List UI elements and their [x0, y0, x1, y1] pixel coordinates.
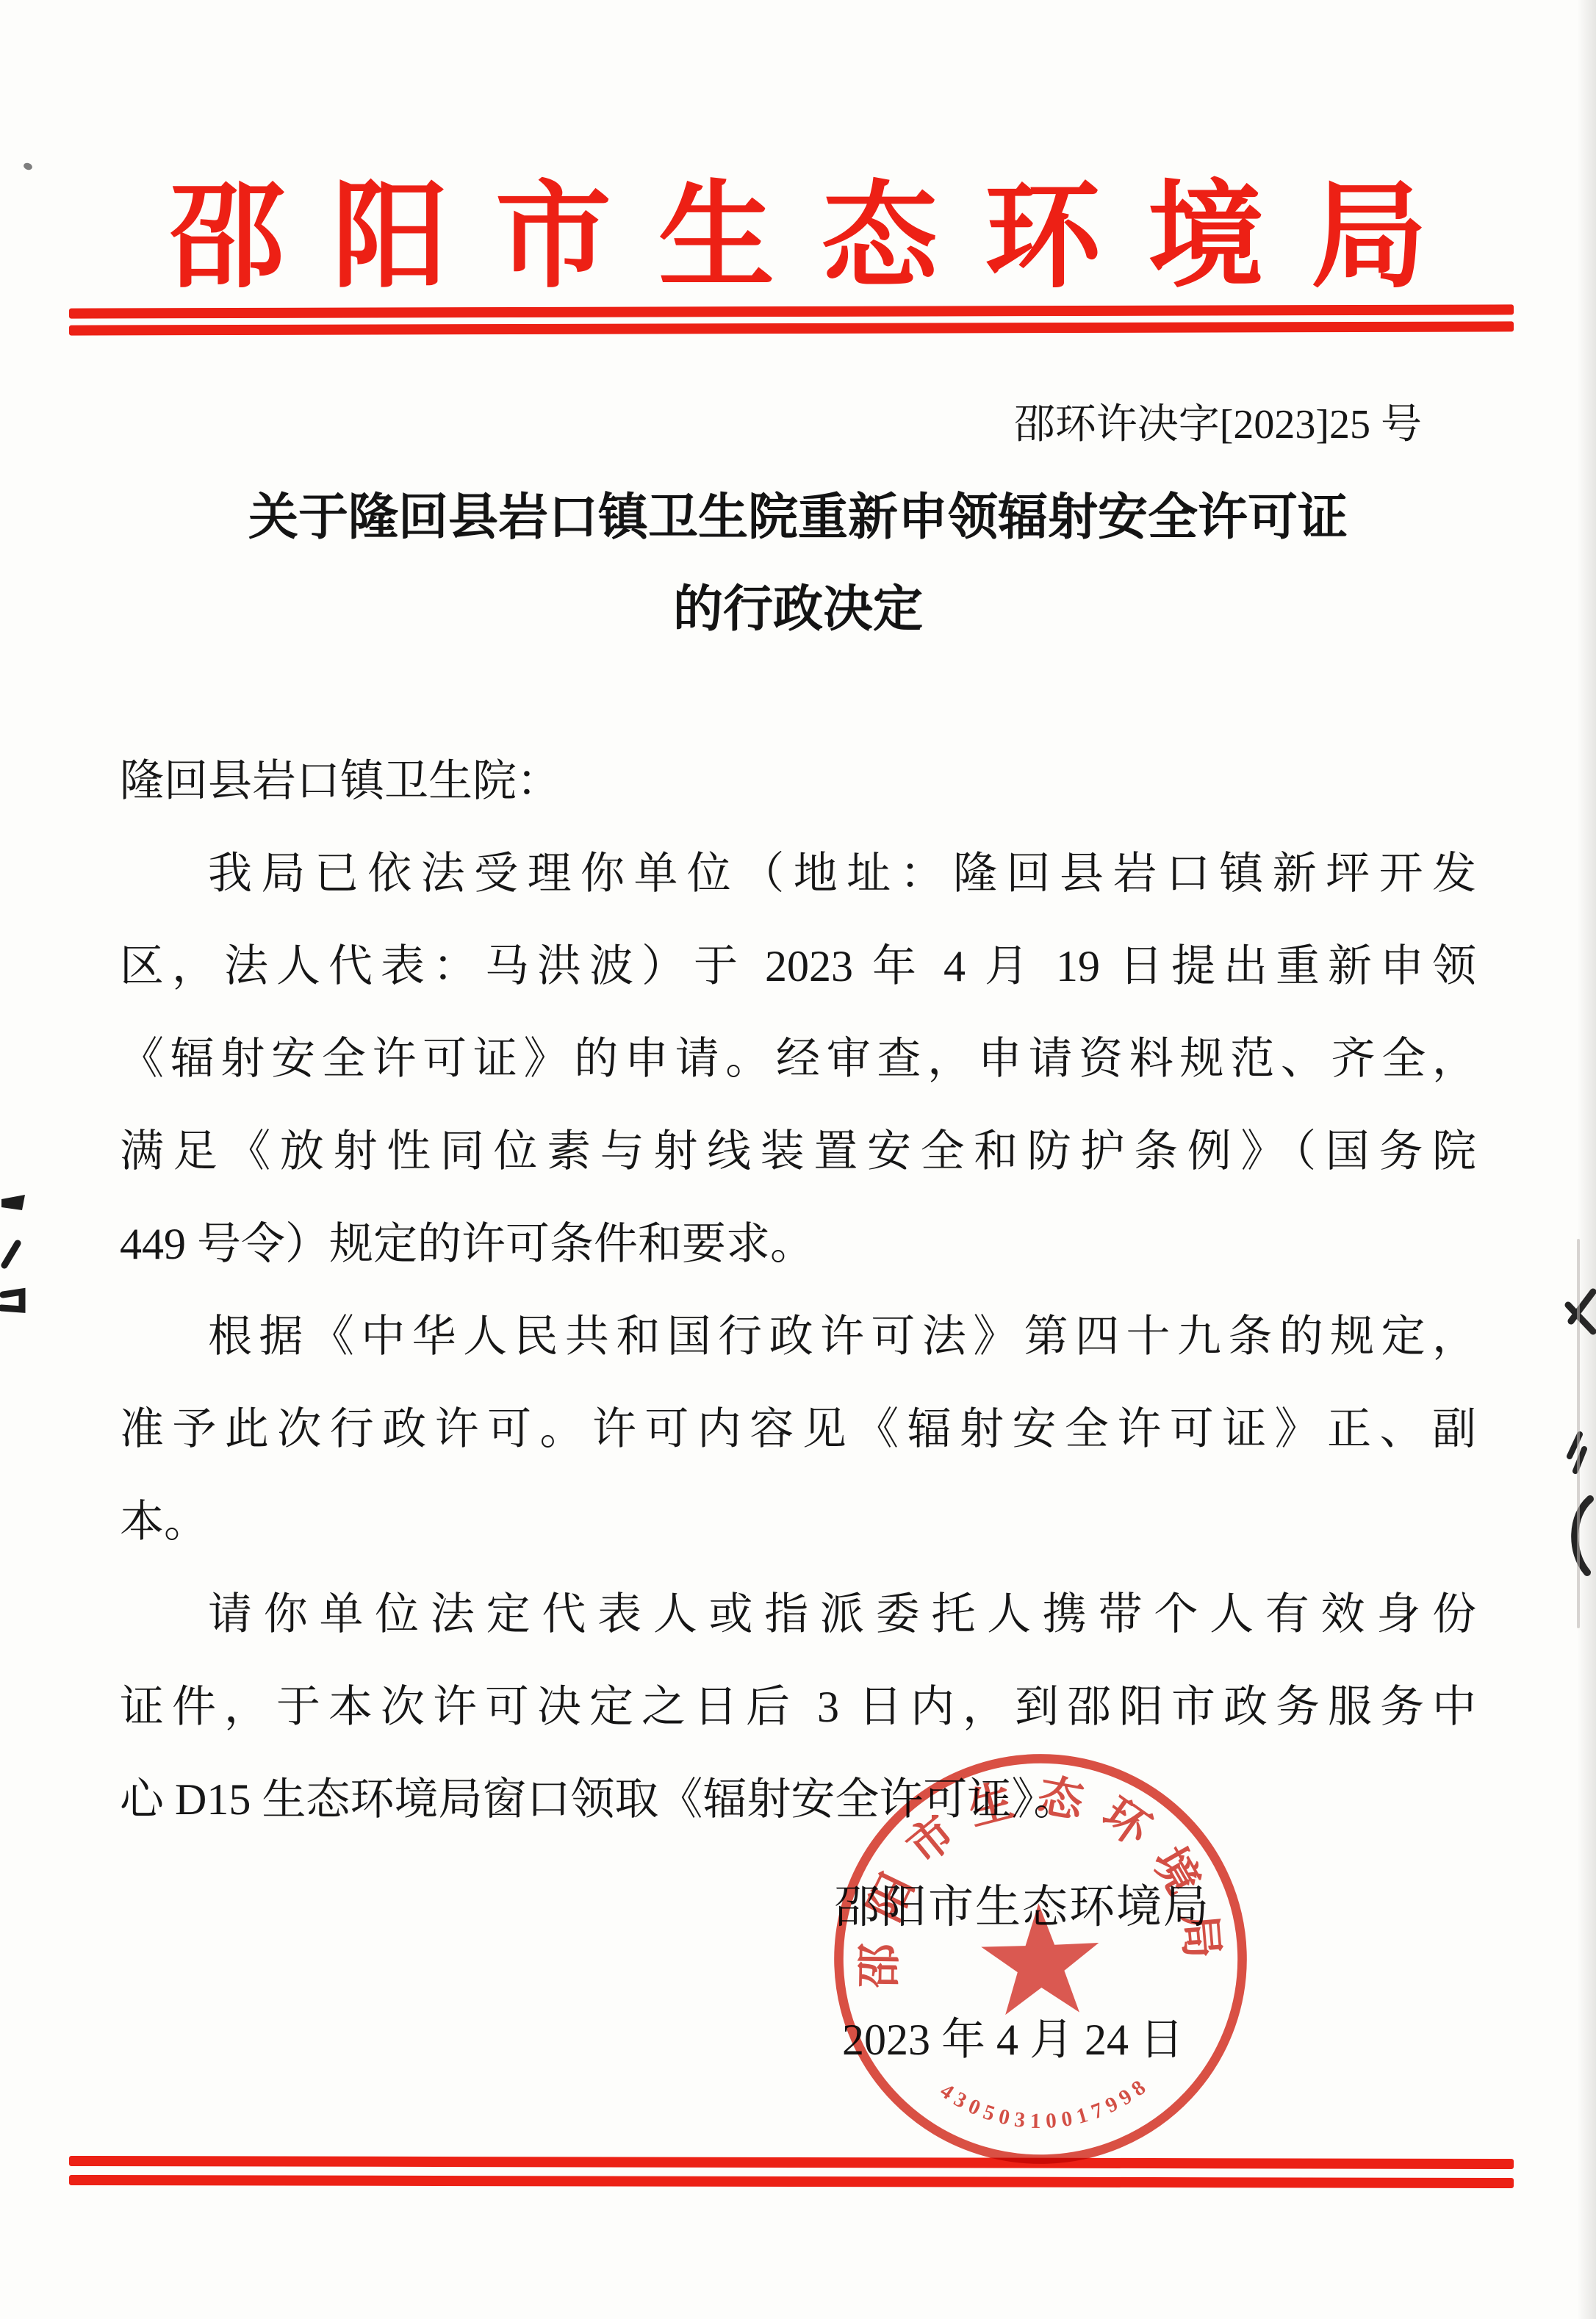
body-line: 本。	[120, 1475, 1476, 1568]
body-line: 准予此次行政许可。许可内容见《辐射安全许可证》正、副	[120, 1383, 1476, 1475]
scan-speck	[23, 162, 33, 171]
body-line: 根据《中华人民共和国行政许可法》第四十九条的规定，	[120, 1290, 1476, 1383]
document-title-line-2: 的行政决定	[0, 564, 1596, 655]
masthead-divider-line-1	[69, 304, 1514, 318]
body-line: 证件，于本次许可决定之日后 3 日内，到邵阳市政务服务中	[120, 1661, 1476, 1753]
body-line: 满足《放射性同位素与射线装置安全和防护条例》（国务院	[120, 1105, 1476, 1198]
document-body: 隆回县岩口镇卫生院： 我局已依法受理你单位（地址：隆回县岩口镇新坪开发 区，法人…	[120, 735, 1476, 1846]
scan-artifact-left-edge	[0, 1190, 32, 1323]
seal-star-icon	[979, 1902, 1101, 2016]
document-number: 邵环许决字[2023]25 号	[1014, 400, 1422, 450]
body-line: 我局已依法受理你单位（地址：隆回县岩口镇新坪开发	[120, 827, 1476, 920]
footer-divider-line-2	[69, 2175, 1514, 2188]
body-line: 隆回县岩口镇卫生院：	[120, 735, 1476, 827]
document-title: 关于隆回县岩口镇卫生院重新申领辐射安全许可证 的行政决定	[0, 472, 1596, 655]
body-line: 《辐射安全许可证》的申请。经审查，申请资料规范、齐全，	[120, 1013, 1476, 1105]
body-line: 心 D15 生态环境局窗口领取《辐射安全许可证》。	[120, 1753, 1476, 1846]
footer-divider-line-1	[69, 2156, 1514, 2169]
official-seal: 邵阳市生态环境局 43050310017998	[816, 1738, 1265, 2180]
body-line: 区，法人代表：马洪波）于 2023 年 4 月 19 日提出重新申领	[120, 920, 1476, 1013]
body-line: 请你单位法定代表人或指派委托人携带个人有效身份	[120, 1568, 1476, 1661]
agency-masthead: 邵阳市生态环境局	[0, 180, 1596, 296]
body-line: 449 号令）规定的许可条件和要求。	[120, 1198, 1476, 1290]
masthead-divider-line-2	[69, 321, 1514, 335]
seal-number: 43050310017998	[935, 2072, 1156, 2138]
document-title-line-1: 关于隆回县岩口镇卫生院重新申领辐射安全许可证	[0, 472, 1596, 564]
official-document-page: 邵阳市生态环境局 邵环许决字[2023]25 号 关于隆回县岩口镇卫生院重新申领…	[0, 0, 1596, 2319]
scan-edge-shading	[1577, 0, 1596, 2319]
